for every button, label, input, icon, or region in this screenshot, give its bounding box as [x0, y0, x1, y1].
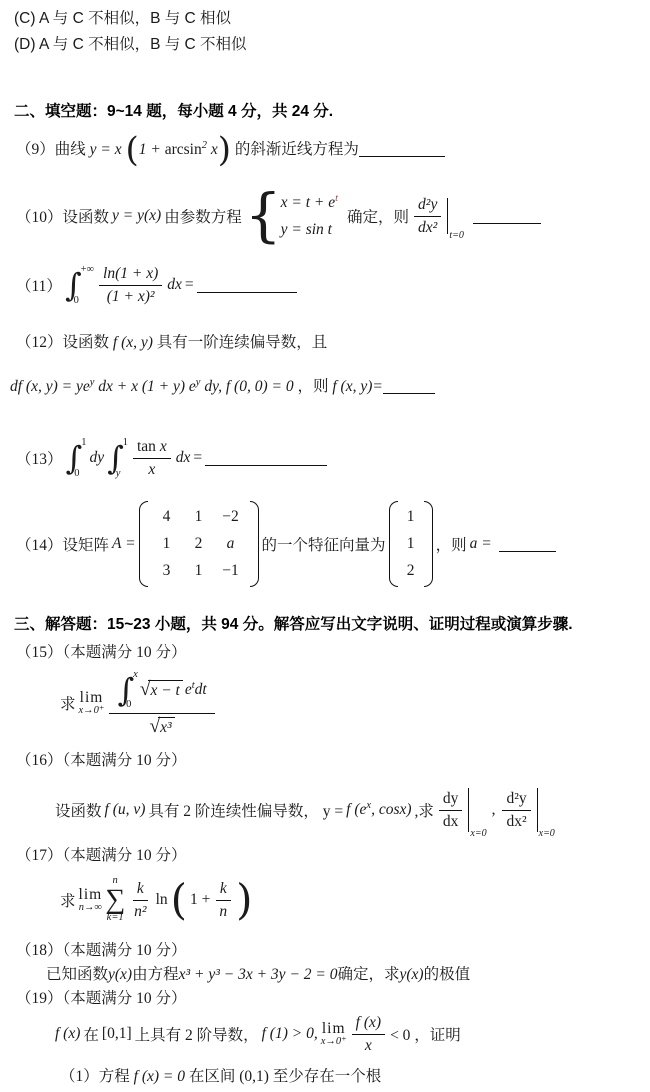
q19-fx: f (x) [55, 1025, 80, 1043]
q9-label: （9）曲线 [16, 141, 86, 158]
answer-blank-q14 [499, 537, 556, 552]
q17-qiu: 求 [60, 889, 76, 911]
integral-sign: ∫x0 [117, 671, 137, 709]
q17-ln: ln [156, 891, 168, 909]
q10-text-post: 确定，则 [347, 205, 409, 227]
vector-cell: 1 [403, 535, 419, 553]
answer-blank-q9 [359, 142, 445, 157]
q10-case1: x = t + et [281, 193, 338, 212]
q15-qiu: 求 [60, 692, 76, 714]
eigenvector: 1 1 2 [389, 501, 433, 587]
question-16-head: （16）（本题满分 10 分） [16, 748, 187, 770]
matrix-cell: −1 [220, 562, 242, 580]
q13-dy: dy [89, 449, 104, 467]
q12-text: 具有一阶连续偏导数，且 [157, 334, 328, 351]
q18-text3: 确定，求 [338, 966, 400, 983]
question-14: （14）设矩阵 A = 41−2 12a 31−1 的一个特征向量为 1 1 2… [16, 488, 556, 600]
question-19-part1: （1）方程 f (x) = 0 在区间 (0,1) 至少存在一个根 [60, 1064, 381, 1086]
q19-sub1-math: f (x) = 0 [134, 1068, 185, 1085]
q10-label: （10）设函数 [16, 205, 109, 227]
q19-sub1-text2: 在区间 (0,1) 至少存在一个根 [189, 1068, 381, 1085]
matrix-cell: 1 [188, 508, 210, 526]
q18-yx: y(x) [108, 966, 132, 983]
q13-label: （13） [16, 447, 63, 469]
option-c: (C) A 与 C 不相似，B 与 C 相似 [14, 6, 231, 28]
q9-math-inner: 1 + arcsin2 x [139, 141, 218, 158]
q12-df-fxy: f (x, y)= [332, 378, 382, 395]
q10-math-lhs: y = y(x) [112, 207, 161, 225]
q11-label: （11） [16, 274, 62, 296]
q10-case1-sup: t [335, 193, 338, 204]
q16-text3: ,求 [415, 799, 434, 821]
q19-text2: 上具有 2 阶导数， [135, 1023, 259, 1045]
q18-text4: 的极值 [424, 966, 471, 983]
section-3-title: 三、解答题：15~23 小题，共 94 分。解答应写出文字说明、证明过程或演算步… [14, 612, 573, 634]
q12-df-then: ，则 [297, 378, 328, 395]
integral-sign: ∫+∞0 [65, 266, 94, 304]
question-18-body: 已知函数y(x)由方程x³ + y³ − 3x + 3y − 2 = 0确定，求… [46, 962, 470, 984]
question-11: （11） ∫+∞0 ln(1 + x)(1 + x)² dx = [16, 254, 297, 316]
vector-paren-left [389, 501, 398, 587]
q18-text1: 已知函数 [46, 966, 108, 983]
q10-case2: y = sin t [281, 221, 338, 239]
question-10: （10）设函数 y = y(x) 由参数方程 { x = t + et y = … [16, 180, 541, 252]
q16-text1: 设函数 [55, 799, 102, 821]
question-9: （9）曲线 y = x (1 + arcsin2 x) 的斜渐近线方程为 [16, 135, 445, 166]
q10-text-mid: 由参数方程 [164, 205, 242, 227]
vector-paren-right [424, 501, 433, 587]
cases-brace: { [245, 191, 282, 240]
question-18-head: （18）（本题满分 10 分） [16, 938, 187, 960]
q19-sub1-text1: （1）方程 [60, 1068, 130, 1085]
q16-frac1: dydx [439, 790, 463, 831]
q9-math-lhs: y = x [90, 141, 122, 158]
integral-sign-outer: ∫10 [66, 439, 87, 477]
integral-sign-inner: ∫1y [107, 439, 128, 477]
sqrt-radical-denominator: √x³ [150, 717, 175, 737]
matrix-cell: −2 [220, 508, 242, 526]
q17-frac1: kn² [130, 880, 150, 921]
question-17-formula: 求 limn→∞ n∑k=1 kn² ln (1 + kn) [60, 864, 253, 936]
q14-text-mid: 的一个特征向量为 [262, 533, 386, 555]
q18-yx2: y(x) [400, 966, 424, 983]
q16-composite: f (ex, cosx) [346, 800, 411, 819]
parametric-equations: x = t + et y = sin t [281, 193, 338, 238]
q12-label: （12）设函数 [16, 334, 109, 351]
sum-block: n∑k=1 [105, 876, 125, 924]
matrix-cell: 2 [188, 535, 210, 553]
paren-close: ) [218, 130, 231, 170]
paren-open: ( [125, 130, 138, 170]
q9-text-post: 的斜渐近线方程为 [235, 141, 359, 158]
q13-dx: dx [176, 449, 191, 467]
answer-blank-q10 [473, 209, 541, 224]
question-15-head: （15）（本题满分 10 分） [16, 640, 187, 662]
matrix-cell: 3 [156, 562, 178, 580]
q12-df-part1: df (x, y) = yey dx + x (1 + y) ey dy, f … [10, 378, 294, 395]
matrix-cell: 4 [156, 508, 178, 526]
q14-math-a-eq: A = [112, 535, 136, 553]
limit-block: limx→0⁺ [79, 689, 105, 717]
q19-interval: [0,1] [102, 1025, 132, 1043]
q10-eval-bar: t=0 [447, 198, 464, 234]
q13-equals: = [193, 449, 202, 467]
q19-f1: f (1) > 0, [262, 1025, 318, 1043]
question-19-body: f (x) 在 [0,1] 上具有 2 阶导数， f (1) > 0, limx… [55, 1008, 461, 1060]
q15-big-frac: ∫x0 √x − t etdt √x³ [109, 670, 214, 737]
limit-block: limn→∞ [79, 886, 103, 914]
matrix-cell: 1 [156, 535, 178, 553]
q14-text-then: ，则 [436, 533, 467, 555]
question-19-head: （19）（本题满分 10 分） [16, 986, 187, 1008]
q17-frac2: kn [215, 880, 231, 921]
vector-cell: 1 [403, 508, 419, 526]
q16-eval-bar1: x=0 [468, 788, 486, 832]
matrix-cell: a [220, 535, 242, 553]
q18-text2: 由方程 [132, 966, 179, 983]
answer-blank-q11 [197, 278, 297, 293]
question-17-head: （17）（本题满分 10 分） [16, 843, 187, 865]
question-12-equation: df (x, y) = yey dx + x (1 + y) ey dy, f … [10, 374, 435, 396]
q11-dx: dx [167, 276, 182, 294]
limit-block: limx→0⁺ [321, 1020, 347, 1048]
answer-blank-q13 [205, 451, 327, 466]
question-15-formula: 求 limx→0⁺ ∫x0 √x − t etdt √x³ [60, 662, 217, 744]
exam-page: (C) A 与 C 不相似，B 与 C 相似 (D) A 与 C 不相似，B 与… [0, 0, 650, 1092]
q11-equals: = [185, 276, 194, 294]
q17-one-plus: 1 + [190, 891, 210, 909]
paren-close: ) [236, 881, 252, 919]
matrix-cell: 1 [188, 562, 210, 580]
q19-text3: < 0 ，证明 [390, 1023, 461, 1045]
answer-blank-q12 [383, 379, 435, 394]
question-12: （12）设函数 f (x, y) 具有一阶连续偏导数，且 [16, 330, 327, 352]
q10-derivative-frac: d²ydx² [414, 196, 441, 237]
section-2-title: 二、填空题：9~14 题，每小题 4 分，共 24 分. [14, 99, 333, 121]
q15-et-dt: etdt [185, 680, 207, 699]
q16-comma: , [492, 801, 496, 819]
q16-fuv: f (u, v) [105, 801, 146, 819]
question-13: （13） ∫10 dy ∫1y tan xx dx = [16, 432, 327, 484]
q19-text1: 在 [83, 1023, 99, 1045]
q16-text2: 具有 2 阶连续性偏导数， y = [148, 799, 343, 821]
question-16-body: 设函数 f (u, v) 具有 2 阶连续性偏导数， y = f (ex, co… [55, 776, 555, 844]
q13-frac: tan xx [133, 438, 171, 479]
matrix-a: 41−2 12a 31−1 [139, 501, 259, 587]
q14-label: （14）设矩阵 [16, 533, 109, 555]
q16-eval-bar2: x=0 [537, 788, 555, 832]
vector-cell: 2 [403, 562, 419, 580]
paren-open: ( [171, 881, 187, 919]
q16-frac2: d²ydx² [502, 790, 530, 831]
option-d: (D) A 与 C 不相似，B 与 C 不相似 [14, 32, 247, 54]
q11-frac: ln(1 + x)(1 + x)² [99, 265, 162, 306]
matrix-paren-left [139, 501, 148, 587]
matrix-paren-right [250, 501, 259, 587]
q14-math-a: a = [470, 535, 492, 553]
sqrt-radical: √x − t [140, 680, 183, 700]
q18-equation: x³ + y³ − 3x + 3y − 2 = 0 [179, 966, 338, 983]
q19-frac: f (x)x [352, 1014, 385, 1055]
q12-math-f: f (x, y) [113, 334, 153, 351]
